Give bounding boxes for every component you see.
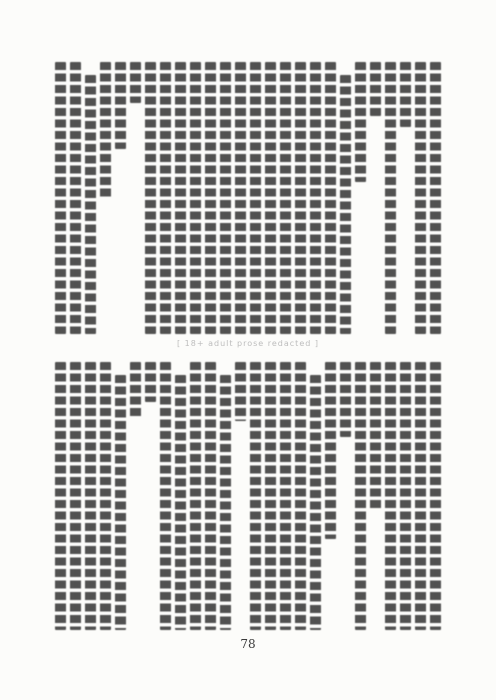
redacted-text-column bbox=[355, 362, 366, 630]
redacted-text-column bbox=[100, 362, 111, 630]
page-number: 78 bbox=[0, 637, 496, 651]
redacted-text-column bbox=[160, 362, 171, 630]
redacted-text-column bbox=[370, 62, 381, 116]
top-text-block bbox=[55, 62, 441, 334]
redacted-text-column bbox=[85, 362, 96, 630]
redacted-text-column bbox=[235, 362, 246, 421]
redacted-text-column bbox=[265, 362, 276, 630]
redacted-text-column bbox=[190, 362, 201, 630]
redacted-text-column bbox=[145, 362, 156, 402]
redacted-text-column bbox=[55, 62, 66, 334]
redacted-text-column bbox=[220, 375, 231, 630]
redacted-text-column bbox=[145, 62, 156, 334]
redacted-text-column bbox=[325, 362, 336, 539]
redacted-text-column bbox=[130, 362, 141, 418]
redacted-text-column bbox=[205, 62, 216, 334]
redacted-text-column bbox=[280, 362, 291, 630]
redacted-text-column bbox=[295, 62, 306, 334]
redacted-text-column bbox=[55, 362, 66, 630]
redacted-text-column bbox=[415, 362, 426, 630]
redacted-text-column bbox=[355, 62, 366, 182]
redacted-text-column bbox=[310, 62, 321, 334]
redacted-text-column bbox=[340, 362, 351, 437]
redacted-text-column bbox=[280, 62, 291, 334]
redacted-text-column bbox=[115, 62, 126, 149]
redacted-text-column bbox=[310, 375, 321, 630]
redacted-text-column bbox=[340, 75, 351, 334]
redacted-text-column bbox=[265, 62, 276, 334]
redacted-text-column bbox=[385, 62, 396, 334]
redacted-text-column bbox=[235, 62, 246, 334]
redacted-text-column bbox=[70, 362, 81, 630]
redacted-text-column bbox=[205, 362, 216, 630]
redacted-text-column bbox=[400, 362, 411, 630]
redacted-text-column bbox=[175, 62, 186, 334]
redacted-text-column bbox=[220, 62, 231, 334]
redacted-text-column bbox=[430, 362, 441, 630]
redaction-notice: [ 18+ adult prose redacted ] bbox=[0, 339, 496, 348]
redacted-text-column bbox=[400, 62, 411, 127]
redacted-text-column bbox=[430, 62, 441, 334]
redacted-text-column bbox=[100, 62, 111, 198]
redacted-text-column bbox=[295, 362, 306, 630]
redacted-text-column bbox=[115, 375, 126, 630]
redacted-text-column bbox=[370, 362, 381, 509]
redacted-text-column bbox=[70, 62, 81, 334]
redacted-text-column bbox=[85, 75, 96, 334]
redacted-text-column bbox=[130, 62, 141, 103]
redacted-text-column bbox=[190, 62, 201, 334]
redacted-text-column bbox=[175, 375, 186, 630]
redacted-text-column bbox=[160, 62, 171, 334]
redacted-text-column bbox=[250, 62, 261, 334]
redacted-text-column bbox=[325, 62, 336, 334]
redacted-text-column bbox=[250, 362, 261, 630]
redacted-text-column bbox=[385, 362, 396, 630]
book-page: [ 18+ adult prose redacted ] 78 bbox=[0, 0, 496, 700]
redacted-text-column bbox=[415, 62, 426, 334]
bottom-text-block bbox=[55, 362, 441, 630]
